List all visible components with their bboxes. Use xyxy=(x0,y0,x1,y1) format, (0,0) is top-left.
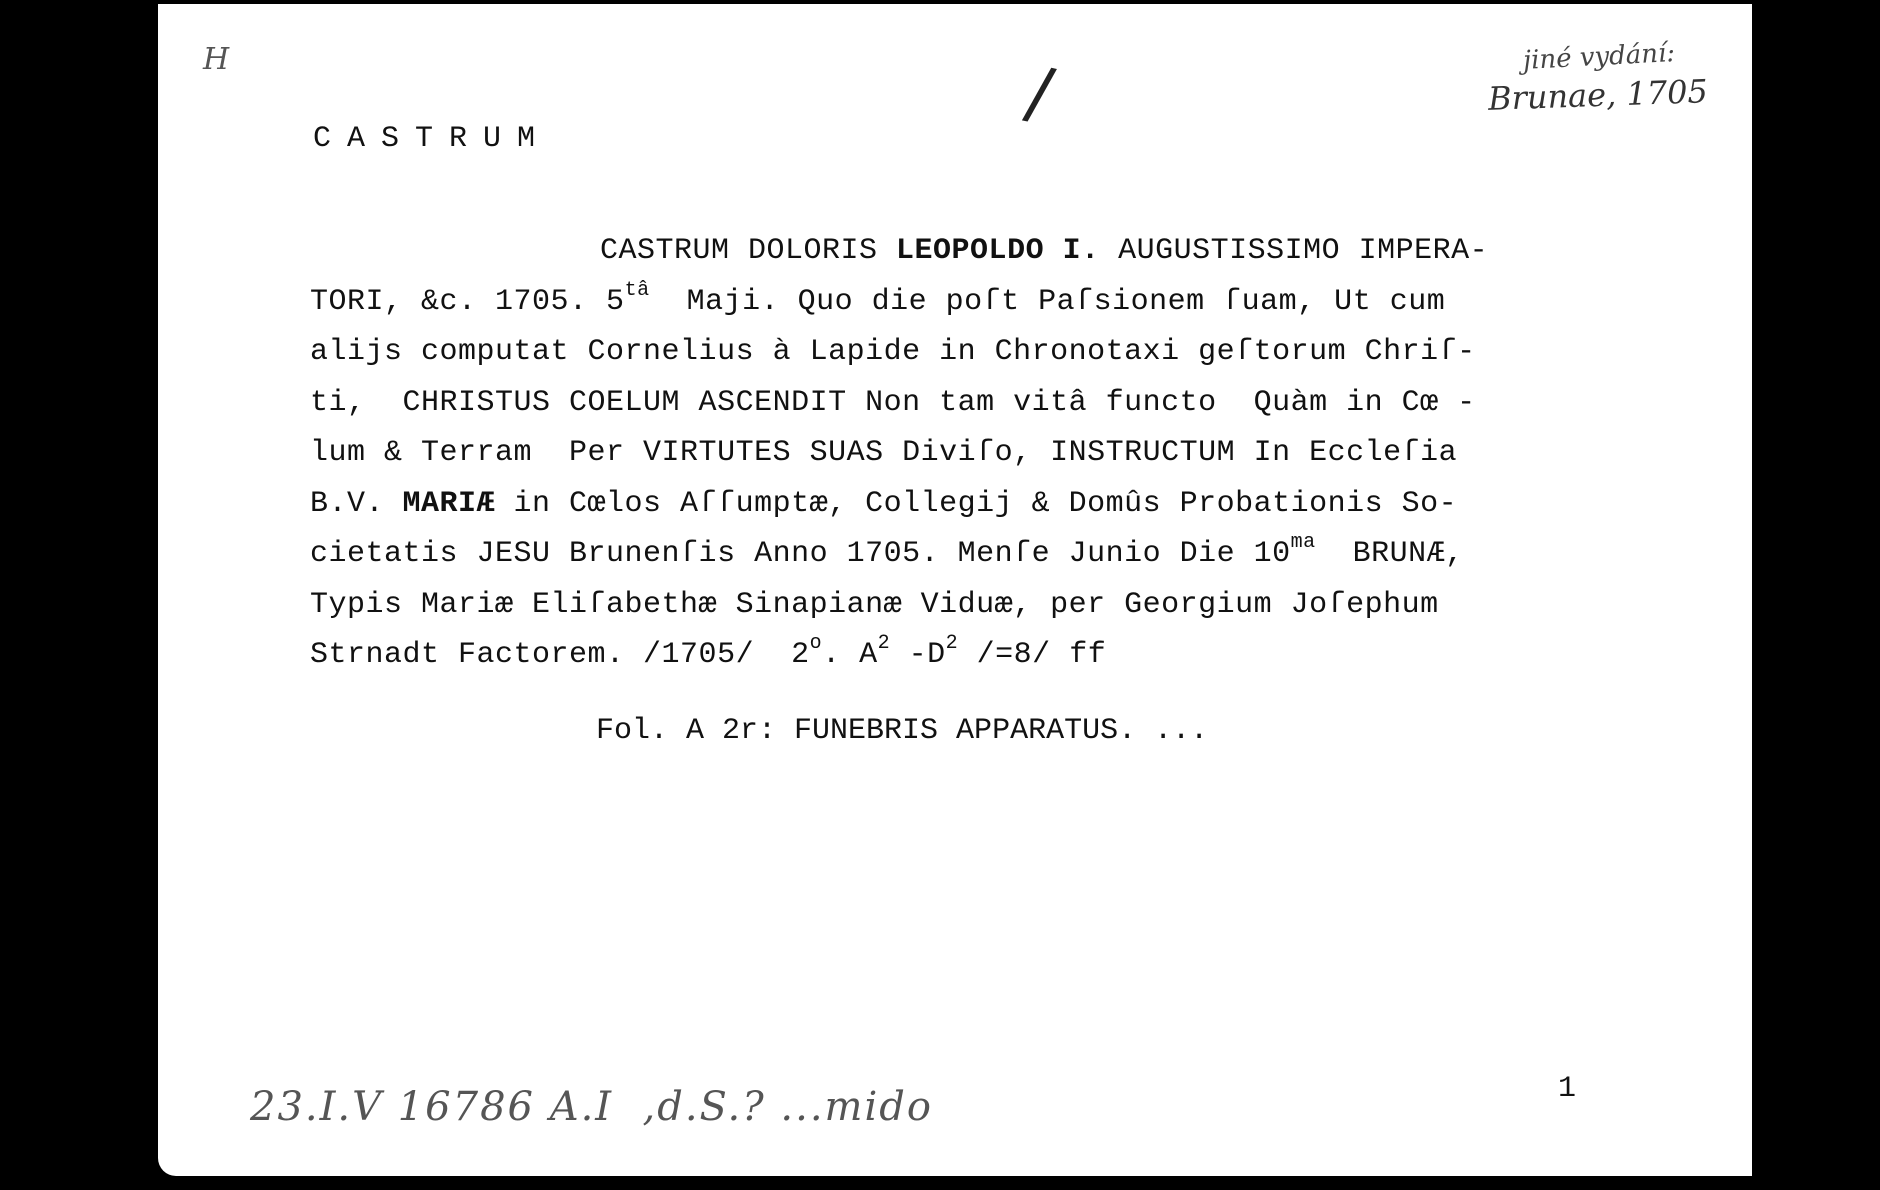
corner-mark: H xyxy=(203,42,229,77)
entry-line: CASTRUM DOLORIS LEOPOLDO I. AUGUSTISSIMO… xyxy=(310,226,1488,277)
handwritten-note-line-1: jiné vydání: xyxy=(1522,38,1675,76)
entry-line: lum & Terram Per VIRTUTES SUAS Diviſo, I… xyxy=(310,428,1488,479)
entry-line: TORI, &c. 1705. 5tâ Maji. Quo die poſt P… xyxy=(310,277,1488,328)
bibliographic-entry: CASTRUM DOLORIS LEOPOLDO I. AUGUSTISSIMO… xyxy=(310,226,1488,681)
entry-line: Typis Mariæ Eliſabethæ Sinapianæ Viduæ, … xyxy=(310,580,1488,631)
entry-line: B.V. MARIÆ in Cœlos Aſſumptæ, Collegij &… xyxy=(310,479,1488,530)
entry-line: Strnadt Factorem. /1705/ 2o. A2 -D2 /=8/… xyxy=(310,630,1488,681)
handwritten-shelfmark: 23.I.V 16786 A.I ,d.S.? ...mido xyxy=(250,1084,933,1130)
folio-note: Fol. A 2r: FUNEBRIS APPARATUS. ... xyxy=(596,714,1208,748)
entry-line: ti, CHRISTUS COELUM ASCENDIT Non tam vit… xyxy=(310,378,1488,429)
catalog-card: H jiné vydání: Brunae, 1705 / CASTRUM CA… xyxy=(158,4,1752,1176)
slash-mark: / xyxy=(1020,50,1060,135)
card-heading: CASTRUM xyxy=(313,122,551,156)
page-number: 1 xyxy=(1558,1072,1576,1106)
handwritten-note-line-2: Brunae, 1705 xyxy=(1487,72,1708,118)
entry-line: alijs computat Cornelius à Lapide in Chr… xyxy=(310,327,1488,378)
entry-line: cietatis JESU Brunenſis Anno 1705. Menſe… xyxy=(310,529,1488,580)
